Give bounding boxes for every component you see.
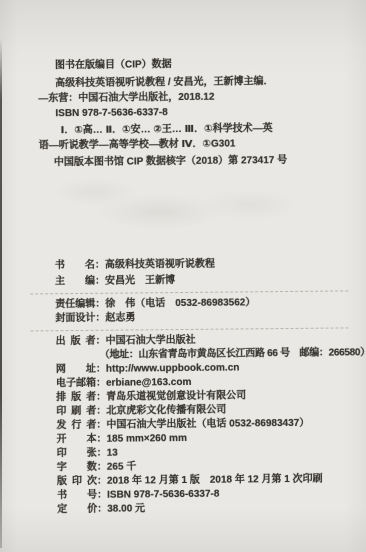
row-colon: ： — [97, 447, 107, 461]
cip-data-block: 图书在版编目（CIP）数据 高级科技英语视听说教程 / 安昌光，王新博主编． —… — [38, 55, 344, 170]
row-label: 书号 — [57, 489, 97, 503]
row-price: 定价：38.00 元 — [57, 500, 362, 517]
row-value: 安昌光 王新博 — [105, 275, 175, 287]
row-label: 开本 — [57, 433, 97, 447]
cip-heading: 图书在版编目（CIP）数据 — [55, 55, 343, 73]
row-colon: ： — [96, 377, 106, 391]
row-value: 青岛乐道视觉创意设计有限公司 — [106, 390, 246, 402]
row-value: erbiane@163.com — [106, 377, 191, 389]
row-label: 网址 — [56, 363, 96, 377]
publisher-address-line: （地址：山东省青岛市黄岛区长江西路 66 号 邮编：266580） — [100, 346, 361, 363]
row-colon: ： — [97, 461, 107, 475]
row-label: 字数 — [57, 461, 97, 475]
row-label: 封面设计 — [55, 312, 95, 326]
row-value: 265 千 — [107, 461, 137, 472]
row-label: 主编 — [55, 275, 95, 289]
cip-classification-line-2: 语—听说教学—高等学校—教材 Ⅳ．①G301 — [39, 135, 344, 153]
row-label: 责任编辑 — [55, 298, 95, 312]
row-value: 13 — [107, 448, 118, 459]
row-colon: ： — [95, 298, 105, 312]
row-value: 中国石油大学出版社 — [106, 335, 196, 347]
colophon-block: 书名：高级科技英语视听说教程 主编：安昌光 王新博 责任编辑：徐 伟（电话 05… — [55, 254, 362, 517]
row-label: 印刷者 — [56, 405, 96, 419]
row-colon: ： — [97, 489, 107, 503]
row-value: 38.00 元 — [107, 503, 145, 514]
row-colon: ： — [95, 275, 105, 289]
row-value: 中国石油大学出版社（电话 0532-86983437） — [106, 418, 309, 431]
row-label: 印张 — [57, 447, 97, 461]
cip-isbn-line: ISBN 978-7-5636-6337-8 — [55, 103, 343, 121]
row-value: 高级科技英语视听说教程 — [105, 259, 215, 271]
row-label: 定价 — [57, 503, 97, 517]
section-divider — [31, 327, 349, 331]
row-colon: ： — [95, 257, 105, 275]
row-colon: ： — [96, 419, 106, 433]
row-colon: ： — [97, 433, 107, 447]
row-label: 书名 — [55, 257, 95, 275]
row-value: 赵志勇 — [105, 312, 135, 323]
page-content: 图书在版编目（CIP）数据 高级科技英语视听说教程 / 安昌光，王新博主编． —… — [0, 0, 366, 552]
row-value: ISBN 978-7-5636-6337-8 — [107, 489, 219, 501]
row-label: 出版者 — [56, 335, 96, 349]
row-chief-editor: 主编：安昌光 王新博 — [55, 272, 360, 289]
row-value: http://www.uppbook.com.cn — [106, 362, 240, 374]
row-colon: ： — [97, 503, 107, 517]
row-colon: ： — [95, 312, 105, 326]
row-value: 北京虎彩文化传播有限公司 — [106, 405, 226, 417]
row-colon: ： — [96, 363, 106, 377]
copyright-page: 图书在版编目（CIP）数据 高级科技英语视听说教程 / 安昌光，王新博主编． —… — [0, 0, 366, 552]
row-edition-impression: 版印次：2018 年 12 月第 1 版 2018 年 12 月第 1 次印刷 — [57, 472, 362, 489]
row-value: 2018 年 12 月第 1 版 2018 年 12 月第 1 次印刷 — [107, 474, 323, 487]
row-value: 185 mm×260 mm — [107, 433, 187, 445]
row-colon: ： — [96, 405, 106, 419]
cip-record-number-line: 中国版本图书馆 CIP 数据核字（2018）第 273417 号 — [54, 152, 344, 170]
section-divider — [30, 290, 348, 294]
row-label: 版印次 — [57, 475, 97, 489]
row-colon: ： — [96, 391, 106, 405]
row-colon: ： — [97, 475, 107, 489]
row-label: 发行者 — [56, 419, 96, 433]
row-cover-designer: 封面设计：赵志勇 — [55, 309, 360, 326]
row-label: 排版者 — [56, 391, 96, 405]
row-label: 电子邮箱 — [56, 377, 96, 391]
row-colon: ： — [96, 335, 106, 349]
row-value: 徐 伟（电话 0532-86983562） — [105, 297, 255, 309]
